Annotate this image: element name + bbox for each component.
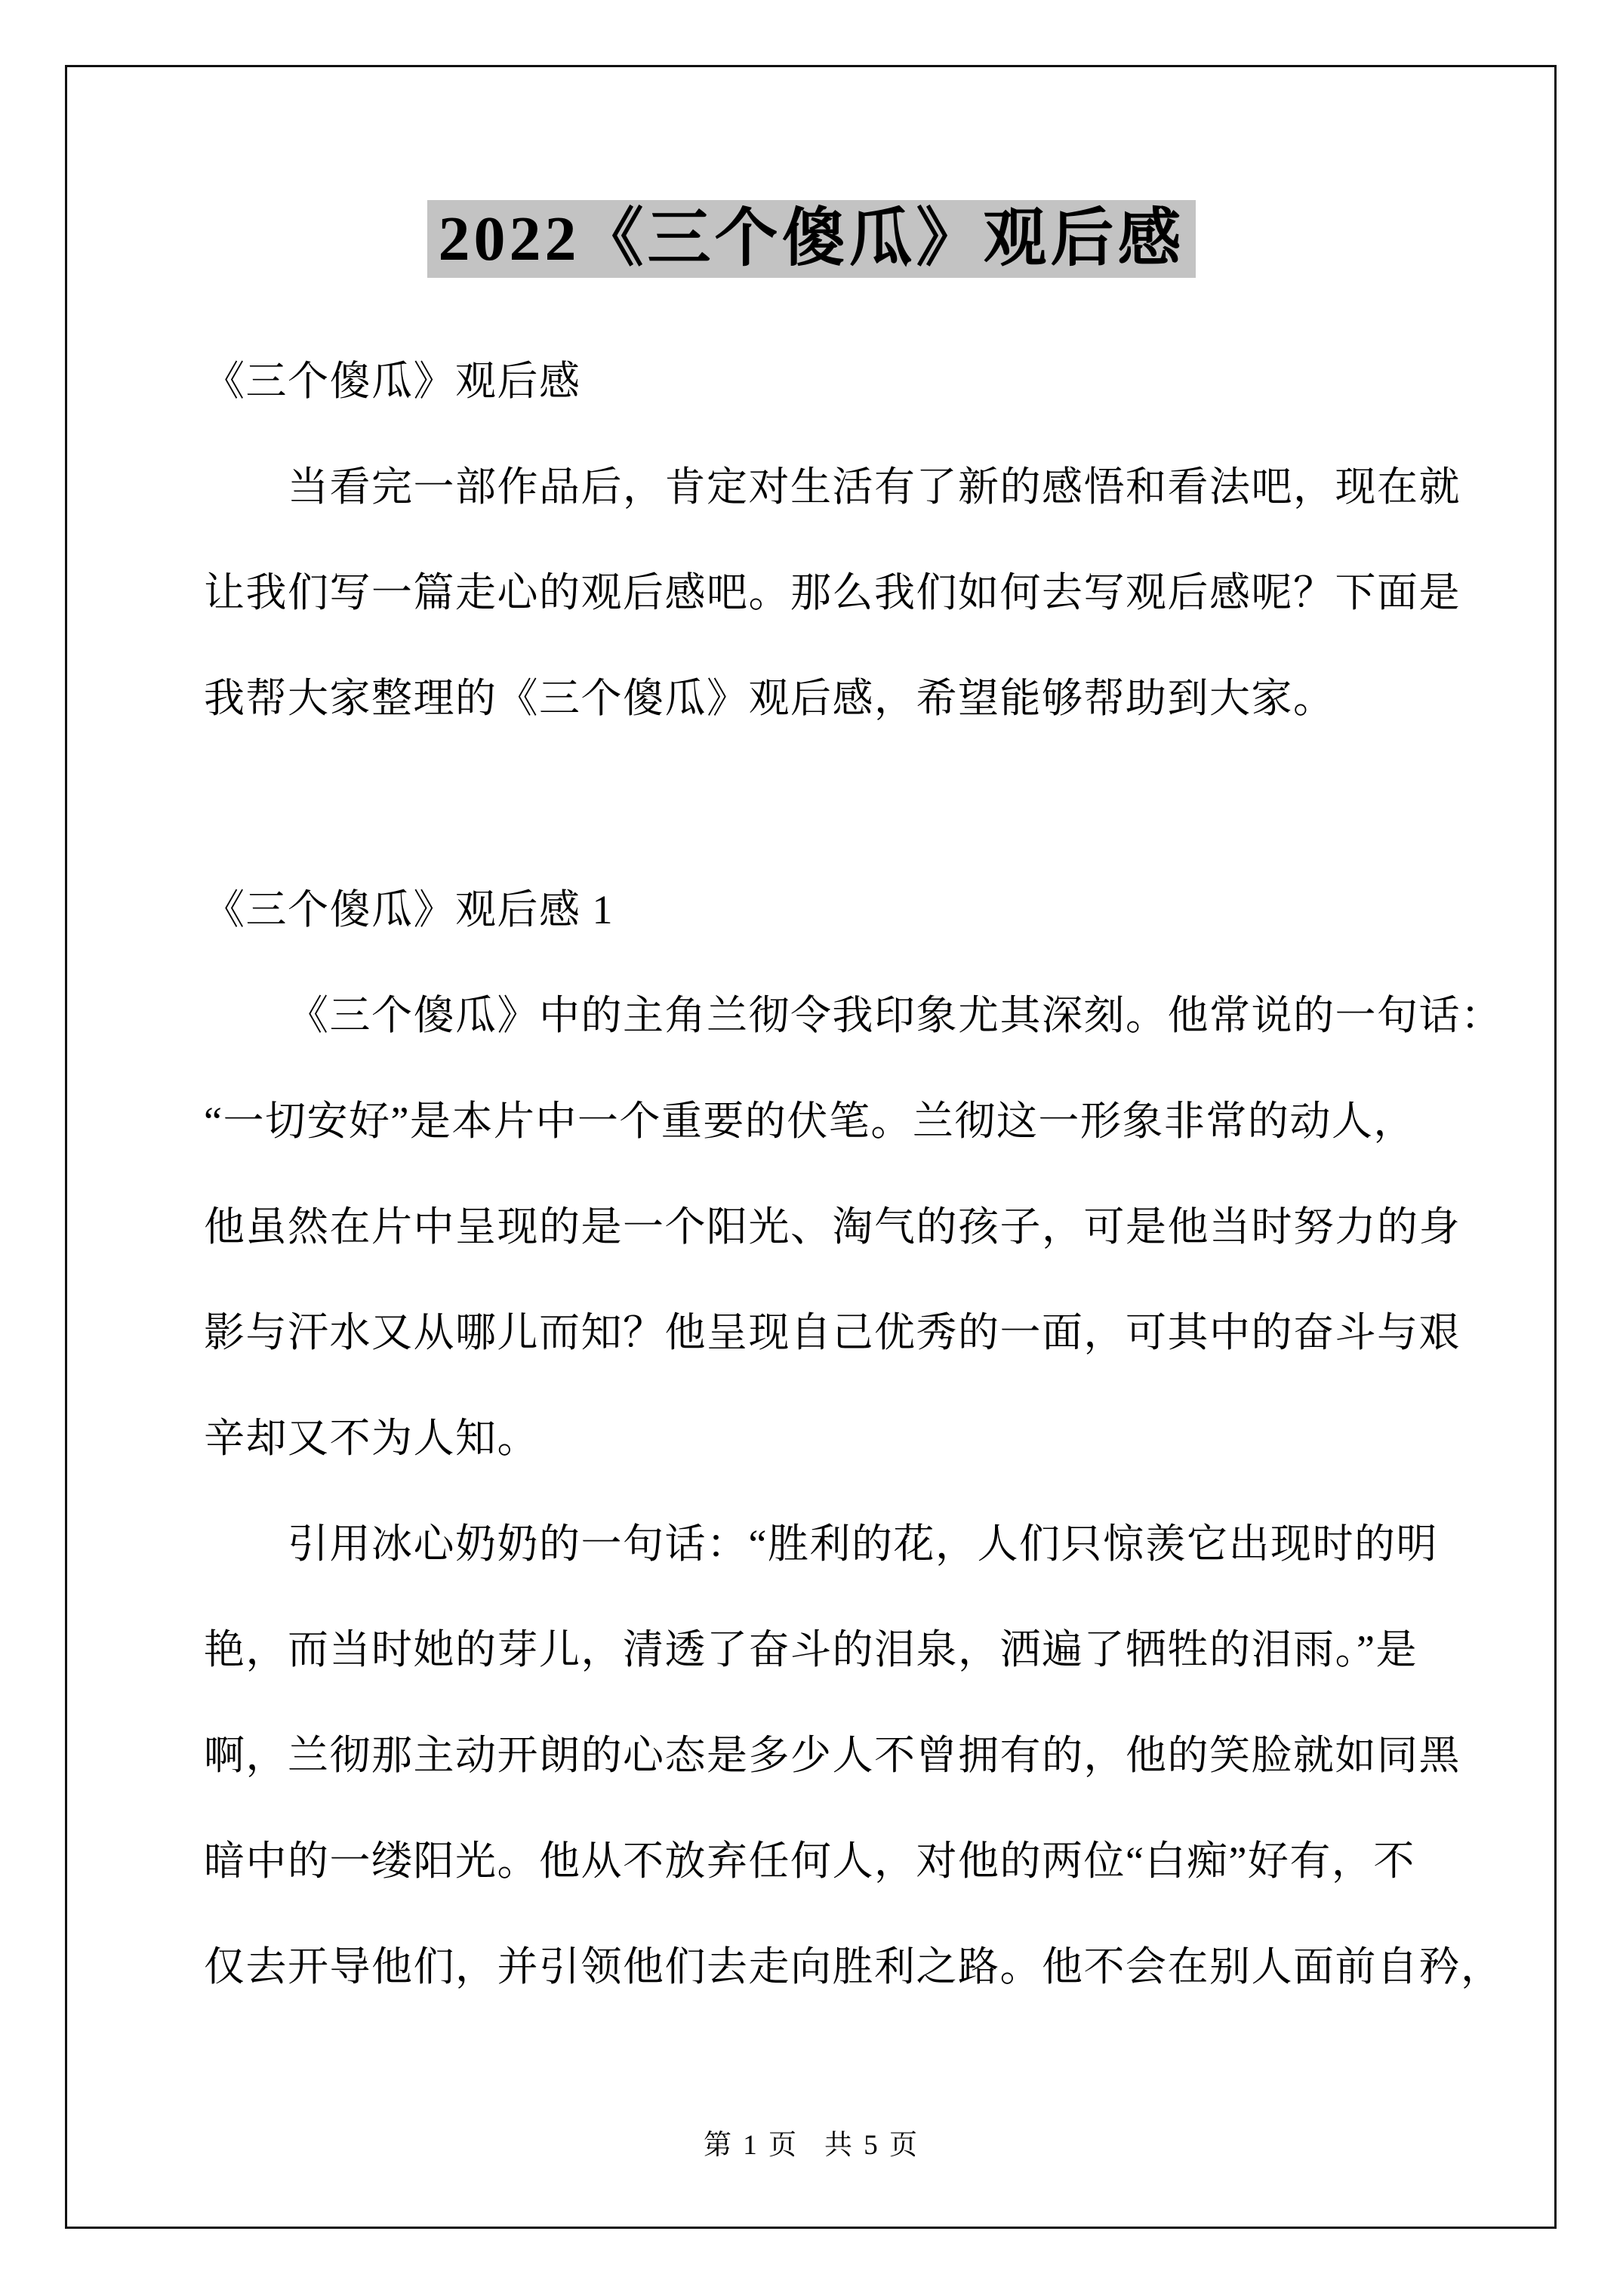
page-footer: 第 1 页共 5 页: [0, 2123, 1623, 2168]
text-line: 引用冰心奶奶的一句话：“胜利的花，人们只惊羡它出现时的明: [204, 1491, 1461, 1597]
text-line: 《三个傻瓜》观后感 1: [204, 857, 1461, 963]
total-pages: 共 5 页: [824, 2130, 919, 2161]
text-line: 辛却又不为人知。: [204, 1385, 1461, 1491]
text-line: “一切安好”是本片中一个重要的伏笔。兰彻这一形象非常的动人，: [204, 1068, 1461, 1174]
body-text: 《三个傻瓜》观后感 当看完一部作品后，肯定对生活有了新的感悟和看法吧，现在就 让…: [204, 328, 1461, 2020]
text-line: 影与汗水又从哪儿而知？他呈现自己优秀的一面，可其中的奋斗与艰: [204, 1280, 1461, 1385]
text-line: 《三个傻瓜》观后感: [204, 328, 1461, 434]
text-line: 艳，而当时她的芽儿，清透了奋斗的泪泉，洒遍了牺牲的泪雨。”是: [204, 1597, 1461, 1703]
text-line: 他虽然在片中呈现的是一个阳光、淘气的孩子，可是他当时努力的身: [204, 1174, 1461, 1280]
text-line: 我帮大家整理的《三个傻瓜》观后感，希望能够帮助到大家。: [204, 646, 1461, 751]
text-line: 暗中的一缕阳光。他从不放弃任何人，对他的两位“白痴”好有，不: [204, 1808, 1461, 1914]
text-line: 仅去开导他们，并引领他们去走向胜利之路。他不会在别人面前自矜，: [204, 1914, 1461, 2020]
text-line: 《三个傻瓜》中的主角兰彻令我印象尤其深刻。他常说的一句话：: [204, 963, 1461, 1068]
text-line: 当看完一部作品后，肯定对生活有了新的感悟和看法吧，现在就: [204, 434, 1461, 540]
page-number: 第 1 页: [704, 2130, 799, 2161]
document-title: 2022《三个傻瓜》观后感: [0, 200, 1623, 278]
text-line: 让我们写一篇走心的观后感吧。那么我们如何去写观后感呢？下面是: [204, 540, 1461, 646]
text-line: 啊，兰彻那主动开朗的心态是多少人不曾拥有的，他的笑脸就如同黑: [204, 1703, 1461, 1808]
document-page: 2022《三个傻瓜》观后感 《三个傻瓜》观后感 当看完一部作品后，肯定对生活有了…: [0, 0, 1623, 2296]
title-highlight: 2022《三个傻瓜》观后感: [427, 200, 1195, 278]
